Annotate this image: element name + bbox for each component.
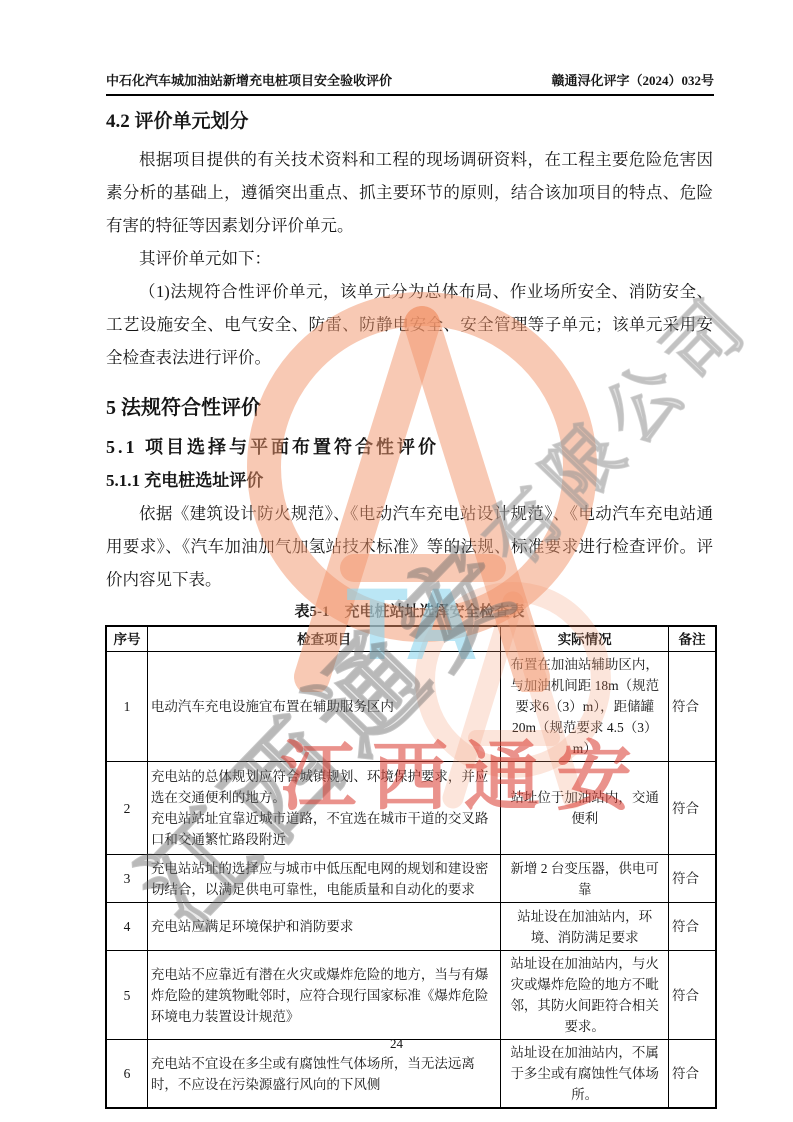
table-row: 3 充电站站址的选择应与城市中低压配电网的规划和建设密切结合，以满足供电可靠性，… — [106, 855, 716, 903]
row-check-item: 电动汽车充电设施宜布置在辅助服务区内 — [147, 652, 500, 762]
row-actual-situation: 新增 2 台变压器，供电可靠 — [501, 855, 669, 903]
table-row: 5 充电站不应靠近有潜在火灾或爆炸危险的地方，当与有爆炸危险的建筑物毗邻时，应符… — [106, 951, 716, 1040]
table-row: 1 电动汽车充电设施宜布置在辅助服务区内 布置在加油站辅助区内，与加油机间距 1… — [106, 652, 716, 762]
table-row: 4 充电站应满足环境保护和消防要求 站址设在加油站内，环境、消防满足要求 符合 — [106, 903, 716, 951]
col-header-remark: 备注 — [669, 626, 716, 652]
header-right-doc-number: 赣通浔化评字（2024）032号 — [551, 70, 714, 89]
col-header-no: 序号 — [106, 626, 147, 652]
document-page: 中石化汽车城加油站新增充电桩项目安全验收评价 赣通浔化评字（2024）032号 … — [0, 0, 793, 1122]
paragraph-5-1-1-intro: 依据《建筑设计防火规范》、《电动汽车充电站设计规范》、《电动汽车充电站通用要求》… — [106, 497, 713, 596]
heading-4-2: 4.2 评价单元划分 — [106, 111, 713, 133]
table-row: 2 充电站的总体规划应符合城镇规划、环境保护要求，并应选在交通便利的地方。 充电… — [106, 762, 716, 855]
row-no: 4 — [106, 903, 147, 951]
row-remark: 符合 — [669, 652, 716, 762]
heading-5-1: 5.1 项目选择与平面布置符合性评价 — [106, 436, 713, 458]
table-header-row: 序号 检查项目 实际情况 备注 — [106, 626, 716, 652]
row-check-item: 充电站站址的选择应与城市中低压配电网的规划和建设密切结合，以满足供电可靠性，电能… — [147, 855, 500, 903]
page-header: 中石化汽车城加油站新增充电桩项目安全验收评价 赣通浔化评字（2024）032号 — [106, 70, 714, 96]
row-actual-situation: 布置在加油站辅助区内，与加油机间距 18m（规范要求6（3）m），距储罐 20m… — [501, 652, 669, 762]
row-actual-situation: 站址设在加油站内，环境、消防满足要求 — [501, 903, 669, 951]
heading-5: 5 法规符合性评价 — [106, 396, 713, 420]
row-actual-situation: 站址位于加油站内，交通便利 — [501, 762, 669, 855]
paragraph-4-2-unit-1: （1)法规符合性评价单元，该单元分为总体布局、作业场所安全、消防安全、工艺设施安… — [106, 275, 713, 374]
col-header-actual: 实际情况 — [501, 626, 669, 652]
row-remark: 符合 — [669, 951, 716, 1040]
row-check-item: 充电站不应靠近有潜在火灾或爆炸危险的地方，当与有爆炸危险的建筑物毗邻时，应符合现… — [147, 951, 500, 1040]
heading-5-1-1: 5.1.1 充电桩选址评价 — [106, 470, 713, 491]
paragraph-4-2-units-lead: 其评价单元如下： — [106, 242, 713, 275]
row-no: 5 — [106, 951, 147, 1040]
row-no: 3 — [106, 855, 147, 903]
row-check-item: 充电站的总体规划应符合城镇规划、环境保护要求，并应选在交通便利的地方。 充电站站… — [147, 762, 500, 855]
row-remark: 符合 — [669, 762, 716, 855]
col-header-item: 检查项目 — [147, 626, 500, 652]
row-actual-situation: 站址设在加油站内，与火灾或爆炸危险的地方不毗邻，其防火间距符合相关要求。 — [501, 951, 669, 1040]
row-remark: 符合 — [669, 903, 716, 951]
page-number: 24 — [0, 1036, 793, 1052]
row-no: 1 — [106, 652, 147, 762]
paragraph-4-2-intro: 根据项目提供的有关技术资料和工程的现场调研资料，在工程主要危险危害因素分析的基础… — [106, 143, 713, 242]
header-left-title: 中石化汽车城加油站新增充电桩项目安全验收评价 — [106, 70, 392, 89]
table-5-1-title: 表5-1 充电桩站址选择安全检查表 — [106, 602, 713, 622]
row-remark: 符合 — [669, 855, 716, 903]
document-body: 4.2 评价单元划分 根据项目提供的有关技术资料和工程的现场调研资料，在工程主要… — [106, 103, 713, 1109]
row-check-item: 充电站应满足环境保护和消防要求 — [147, 903, 500, 951]
row-no: 2 — [106, 762, 147, 855]
